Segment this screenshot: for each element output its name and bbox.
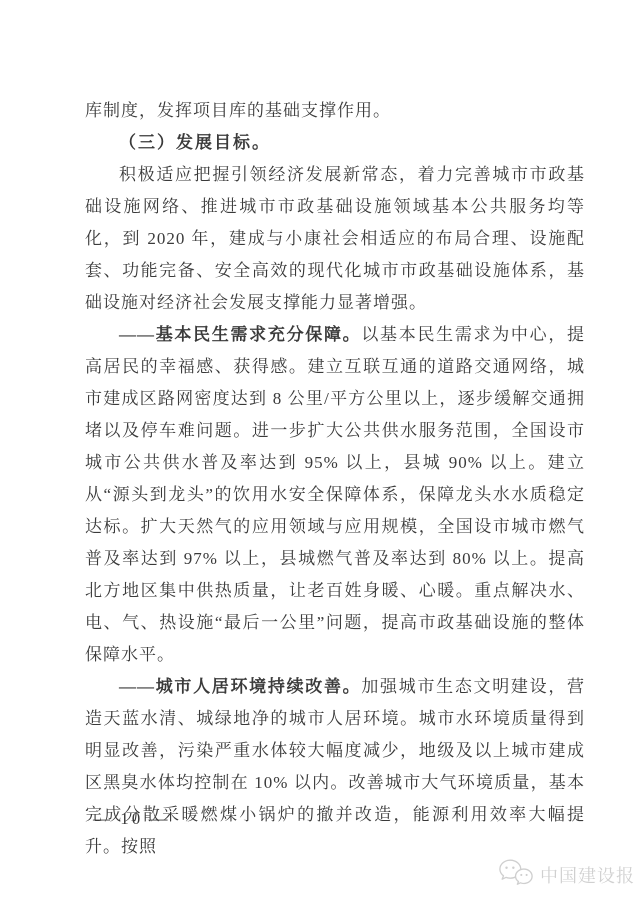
paragraph-text: 以基本民生需求为中心，提高居民的幸福感、获得感。建立互联互通的道路交通网络，城市… [85,325,585,664]
heading-text: （三）发展目标。 [119,133,271,152]
paragraph-continuation: 库制度，发挥项目库的基础支撑作用。 [85,95,585,127]
watermark-label: 中国建设报 [540,862,635,888]
paragraph: ——基本民生需求充分保障。以基本民生需求为中心，提高居民的幸福感、获得感。建立互… [85,319,585,671]
document-body: 库制度，发挥项目库的基础支撑作用。 （三）发展目标。 积极适应把握引领经济发展新… [85,95,585,863]
paragraph-lead: ——城市人居环境持续改善。 [119,677,361,696]
document-page: 库制度，发挥项目库的基础支撑作用。 （三）发展目标。 积极适应把握引领经济发展新… [0,0,640,905]
wechat-icon [498,857,534,893]
page-number: — 10 — [93,803,171,835]
paragraph-text: 积极适应把握引领经济发展新常态，着力完善城市市政基础设施网络、推进城市市政基础设… [85,165,585,312]
section-heading: （三）发展目标。 [85,127,585,159]
paragraph-text: 库制度，发挥项目库的基础支撑作用。 [85,101,391,120]
paragraph: 积极适应把握引领经济发展新常态，着力完善城市市政基础设施网络、推进城市市政基础设… [85,159,585,319]
paragraph-lead: ——基本民生需求充分保障。 [119,325,361,344]
watermark: 中国建设报 [498,857,635,893]
